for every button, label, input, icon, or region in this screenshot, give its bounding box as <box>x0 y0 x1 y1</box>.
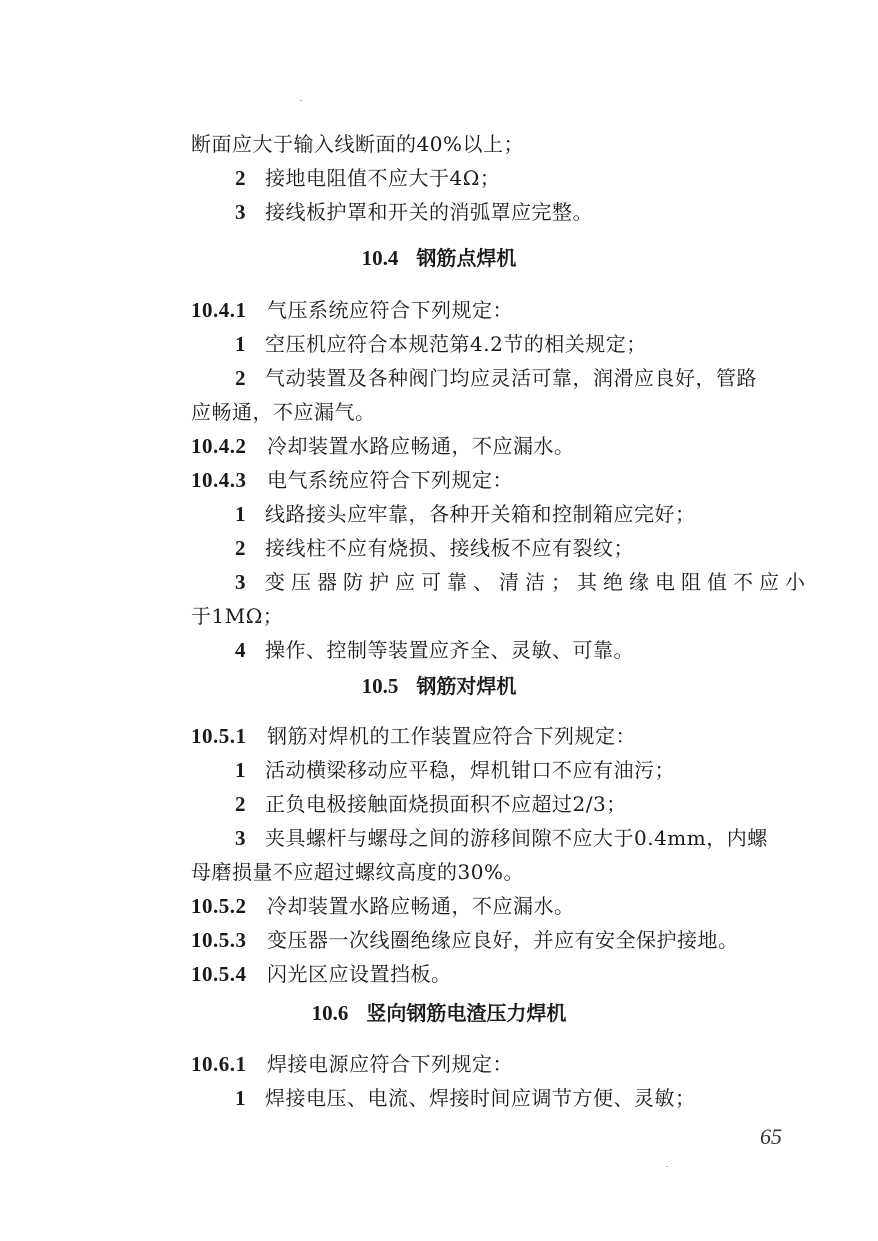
item-text: 空压机应符合本规范第4.2节的相关规定； <box>265 332 647 356</box>
item-number: 2 <box>235 534 265 562</box>
section-title: 钢筋点焊机 <box>416 246 516 270</box>
section-number: 10.5 <box>362 674 399 698</box>
item-text: 线路接头应牢靠，各种开关箱和控制箱应完好； <box>265 502 696 526</box>
clause: 10.6.1焊接电源应符合下列规定： <box>191 1050 513 1078</box>
clause-text: 气压系统应符合下列规定： <box>267 298 513 322</box>
item-text: 活动横梁移动应平稳，焊机钳口不应有油污； <box>265 758 675 782</box>
list-item: 1线路接头应牢靠，各种开关箱和控制箱应完好； <box>235 500 696 528</box>
item-text: 接线柱不应有烧损、接线板不应有裂纹； <box>265 536 634 560</box>
item-text: 接线板护罩和开关的消弧罩应完整。 <box>265 200 593 224</box>
clause: 10.5.4闪光区应设置挡板。 <box>191 960 452 988</box>
clause-number: 10.5.1 <box>191 722 267 750</box>
item-text: 焊接电压、电流、焊接时间应调节方便、灵敏； <box>265 1086 696 1110</box>
section-title: 竖向钢筋电渣压力焊机 <box>366 1001 566 1025</box>
continuation-text: 断面应大于输入线断面的40%以上； <box>191 130 524 158</box>
item-number: 1 <box>235 756 265 784</box>
clause-number: 10.5.4 <box>191 960 267 988</box>
item-number: 1 <box>235 330 265 358</box>
scan-speck <box>666 1166 668 1167</box>
item-number: 3 <box>235 824 265 852</box>
clause-number: 10.4.2 <box>191 432 267 460</box>
clause-text: 闪光区应设置挡板。 <box>267 962 452 986</box>
section-number: 10.4 <box>362 246 399 270</box>
clause: 10.5.3变压器一次线圈绝缘应良好，并应有安全保护接地。 <box>191 926 739 954</box>
item-number: 2 <box>235 164 265 192</box>
clause: 10.4.3电气系统应符合下列规定： <box>191 466 513 494</box>
item-number: 1 <box>235 1084 265 1112</box>
clause: 10.5.1钢筋对焊机的工作装置应符合下列规定： <box>191 722 636 750</box>
clause-number: 10.6.1 <box>191 1050 267 1078</box>
list-item: 1焊接电压、电流、焊接时间应调节方便、灵敏； <box>235 1084 696 1112</box>
list-item: 1活动横梁移动应平稳，焊机钳口不应有油污； <box>235 756 675 784</box>
item-text: 气动装置及各种阀门均应灵活可靠，润滑应良好，管路 <box>265 366 757 390</box>
section-number: 10.6 <box>312 1001 349 1025</box>
list-item: 2接线柱不应有烧损、接线板不应有裂纹； <box>235 534 634 562</box>
list-item: 2气动装置及各种阀门均应灵活可靠，润滑应良好，管路 <box>235 364 757 392</box>
section-heading: 10.6竖向钢筋电渣压力焊机 <box>0 999 878 1027</box>
item-number: 1 <box>235 500 265 528</box>
clause-text: 冷却装置水路应畅通，不应漏水。 <box>267 434 575 458</box>
list-item: 3变压器防护应可靠、清洁；其绝缘电阻值不应小 <box>235 568 811 596</box>
item-number: 3 <box>235 198 265 226</box>
item-number: 3 <box>235 568 265 596</box>
item-text: 变压器防护应可靠、清洁；其绝缘电阻值不应小 <box>265 570 811 594</box>
clause-text: 焊接电源应符合下列规定： <box>267 1052 513 1076</box>
clause: 10.4.2冷却装置水路应畅通，不应漏水。 <box>191 432 575 460</box>
list-item: 2正负电极接触面烧损面积不应超过2/3； <box>235 790 627 818</box>
item-number: 2 <box>235 790 265 818</box>
item-text: 操作、控制等装置应齐全、灵敏、可靠。 <box>265 638 634 662</box>
item-continuation: 母磨损量不应超过螺纹高度的30%。 <box>191 858 524 886</box>
clause-number: 10.4.3 <box>191 466 267 494</box>
page-number: 65 <box>760 1124 782 1150</box>
list-item: 3接线板护罩和开关的消弧罩应完整。 <box>235 198 593 226</box>
item-text: 接地电阻值不应大于4Ω； <box>265 166 500 190</box>
clause: 10.4.1气压系统应符合下列规定： <box>191 296 513 324</box>
clause-number: 10.5.3 <box>191 926 267 954</box>
clause-text: 电气系统应符合下列规定： <box>267 468 513 492</box>
item-text: 正负电极接触面烧损面积不应超过2/3； <box>265 792 627 816</box>
section-title: 钢筋对焊机 <box>416 674 516 698</box>
list-item: 4操作、控制等装置应齐全、灵敏、可靠。 <box>235 636 634 664</box>
list-item: 2接地电阻值不应大于4Ω； <box>235 164 500 192</box>
item-number: 4 <box>235 636 265 664</box>
clause: 10.5.2冷却装置水路应畅通，不应漏水。 <box>191 892 575 920</box>
clause-text: 变压器一次线圈绝缘应良好，并应有安全保护接地。 <box>267 928 739 952</box>
list-item: 3夹具螺杆与螺母之间的游移间隙不应大于0.4mm，内螺 <box>235 824 768 852</box>
list-item: 1空压机应符合本规范第4.2节的相关规定； <box>235 330 647 358</box>
item-text: 夹具螺杆与螺母之间的游移间隙不应大于0.4mm，内螺 <box>265 826 768 850</box>
clause-text: 冷却装置水路应畅通，不应漏水。 <box>267 894 575 918</box>
item-number: 2 <box>235 364 265 392</box>
scan-speck <box>300 100 302 101</box>
section-heading: 10.4钢筋点焊机 <box>0 244 878 272</box>
clause-number: 10.4.1 <box>191 296 267 324</box>
clause-text: 钢筋对焊机的工作装置应符合下列规定： <box>267 724 636 748</box>
clause-number: 10.5.2 <box>191 892 267 920</box>
item-continuation: 于1MΩ； <box>191 602 283 630</box>
section-heading: 10.5钢筋对焊机 <box>0 672 878 700</box>
item-continuation: 应畅通，不应漏气。 <box>191 398 376 426</box>
